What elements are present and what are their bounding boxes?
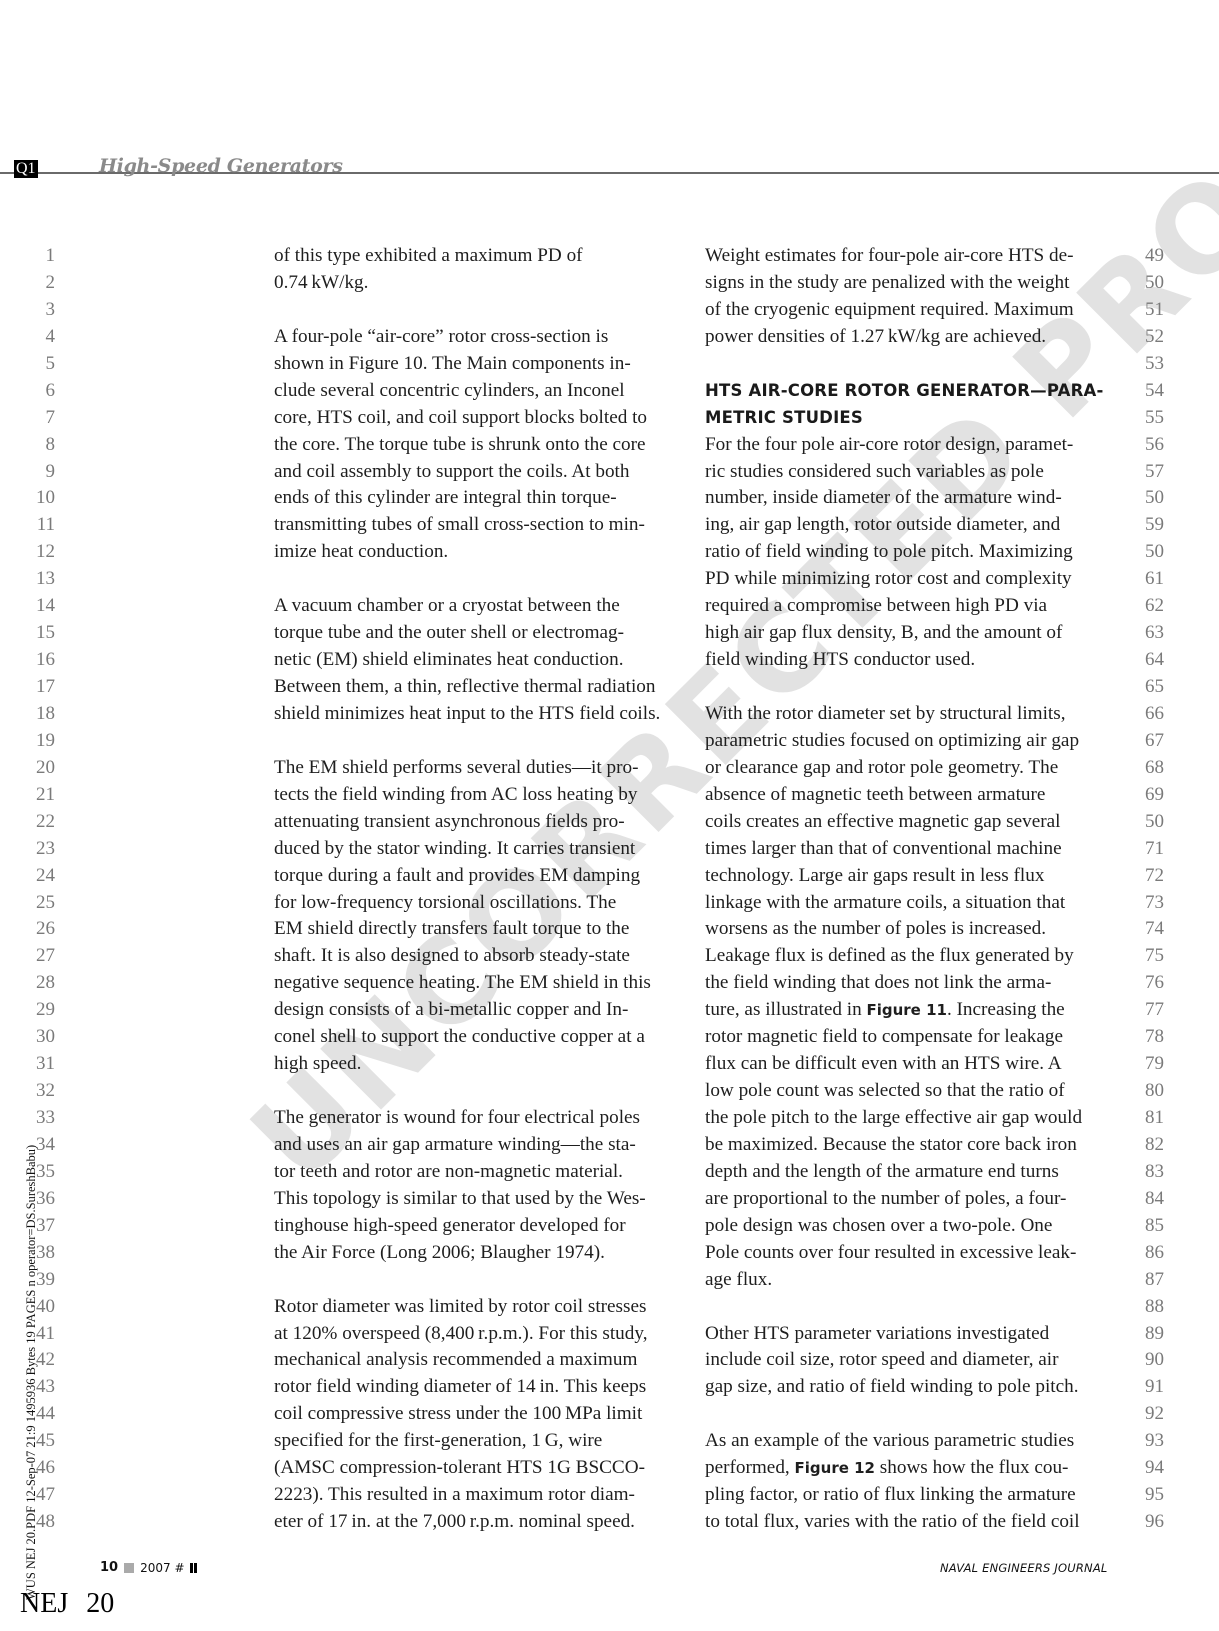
nej-mark: NEJ20: [20, 1588, 114, 1620]
text-line: The generator is wound for four electric…: [274, 1105, 679, 1132]
text-line: ric studies considered such variables as…: [705, 459, 1115, 486]
line-number: 11: [0, 512, 55, 539]
line-number: 95: [1145, 1482, 1185, 1509]
text-line: the field winding that does not link the…: [705, 970, 1115, 997]
line-number: 76: [1145, 970, 1185, 997]
section-heading: HTS AIR-CORE ROTOR GENERATOR—PARA-METRIC…: [705, 378, 1115, 432]
text-line: technology. Large air gaps result in les…: [705, 863, 1115, 890]
line-number: 18: [0, 701, 55, 728]
line-number: 20: [0, 755, 55, 782]
line-number: 50: [1145, 485, 1185, 512]
line-number: 77: [1145, 997, 1185, 1024]
paragraph-rotor-diameter-cont: rotor magnetic field to compensate for l…: [705, 1024, 1115, 1293]
paragraph-gap: [705, 1401, 1115, 1428]
running-head: High-Speed Generators: [99, 155, 343, 177]
text-line: For the four pole air-core rotor design,…: [705, 432, 1115, 459]
nej-label: NEJ: [20, 1588, 68, 1619]
text-line: for low-frequency torsional oscillations…: [274, 890, 679, 917]
text-line: ends of this cylinder are integral thin …: [274, 485, 679, 512]
text-line: Other HTS parameter variations investiga…: [705, 1321, 1115, 1348]
line-number: 50: [1145, 270, 1185, 297]
text-line: include coil size, rotor speed and diame…: [705, 1347, 1115, 1374]
line-number: 54: [1145, 378, 1185, 405]
text-line: negative sequence heating. The EM shield…: [274, 970, 679, 997]
line-number: 74: [1145, 916, 1185, 943]
right-column: Weight estimates for four-pole air-core …: [705, 243, 1115, 1536]
text-line: shaft. It is also designed to absorb ste…: [274, 943, 679, 970]
text-line: rotor magnetic field to compensate for l…: [705, 1024, 1115, 1051]
line-number: 49: [1145, 243, 1185, 270]
line-number: 16: [0, 647, 55, 674]
footer-year: 2007 #: [140, 1561, 184, 1575]
line-number: 57: [1145, 459, 1185, 486]
text-line: and coil assembly to support the coils. …: [274, 459, 679, 486]
text-line: conel shell to support the conductive co…: [274, 1024, 679, 1051]
text-line: worsens as the number of poles is increa…: [705, 916, 1115, 943]
line-number: 27: [0, 943, 55, 970]
text-line: clude several concentric cylinders, an I…: [274, 378, 679, 405]
line-number: 4: [0, 324, 55, 351]
text-line: pling factor, or ratio of flux linking t…: [705, 1482, 1115, 1509]
text-line: [274, 728, 679, 755]
text-line: With the rotor diameter set by structura…: [705, 701, 1115, 728]
text-line: low pole count was selected so that the …: [705, 1078, 1115, 1105]
line-number: 7: [0, 405, 55, 432]
heading-line: METRIC STUDIES: [705, 405, 1115, 432]
text-line: high speed.: [274, 1051, 679, 1078]
line-number: 84: [1145, 1186, 1185, 1213]
text-line: As an example of the various parametric …: [705, 1428, 1115, 1455]
line-number: 65: [1145, 674, 1185, 701]
line-number: 21: [0, 782, 55, 809]
text-line: Pole counts over four resulted in excess…: [705, 1240, 1115, 1267]
text-line: coils creates an effective magnetic gap …: [705, 809, 1115, 836]
footer-folio: 10 2007 #: [100, 1560, 197, 1575]
gray-square-icon: [124, 1563, 134, 1573]
text-line: A four-pole “air-core” rotor cross-secti…: [274, 324, 679, 351]
paragraph-example-cont: pling factor, or ratio of flux linking t…: [705, 1482, 1115, 1536]
text-line: required a compromise between high PD vi…: [705, 593, 1115, 620]
text-line: high air gap flux density, B, and the am…: [705, 620, 1115, 647]
left-column: of this type exhibited a maximum PD of0.…: [274, 243, 679, 1536]
text-line: coil compressive stress under the 100 MP…: [274, 1401, 679, 1428]
text-line: the Air Force (Long 2006; Blaugher 1974)…: [274, 1240, 679, 1267]
line-number: 52: [1145, 324, 1185, 351]
line-number: 24: [0, 863, 55, 890]
text-line: of this type exhibited a maximum PD of: [274, 243, 679, 270]
text-line: attenuating transient asynchronous field…: [274, 809, 679, 836]
line-number: 56: [1145, 432, 1185, 459]
text-line: Leakage flux is defined as the flux gene…: [705, 943, 1115, 970]
line-number: 73: [1145, 890, 1185, 917]
line-number: 31: [0, 1051, 55, 1078]
line-number: 9: [0, 459, 55, 486]
line-number: 28: [0, 970, 55, 997]
line-number: 63: [1145, 620, 1185, 647]
text-line: tects the field winding from AC loss hea…: [274, 782, 679, 809]
text-line: 2223). This resulted in a maximum rotor …: [274, 1482, 679, 1509]
text-line: netic (EM) shield eliminates heat conduc…: [274, 647, 679, 674]
text-line: shield minimizes heat input to the HTS f…: [274, 701, 679, 728]
paragraph-gap: [705, 1294, 1115, 1321]
line-number: 22: [0, 809, 55, 836]
line-number: 14: [0, 593, 55, 620]
line-number: 1: [0, 243, 55, 270]
text-line: ture, as illustrated in Figure 11. Incre…: [705, 997, 1115, 1024]
line-number: 23: [0, 836, 55, 863]
line-number: 50: [1145, 809, 1185, 836]
line-numbers-right: 4950515253545556575059506162636465666768…: [1145, 243, 1185, 1536]
text-line: are proportional to the number of poles,…: [705, 1186, 1115, 1213]
line-number: 71: [1145, 836, 1185, 863]
paragraph-other-variations: Other HTS parameter variations investiga…: [705, 1321, 1115, 1402]
text-line: design consists of a bi-metallic copper …: [274, 997, 679, 1024]
side-slug: WUS NEJ 20.PDF 12-Sep-07 21:9 1495936 By…: [24, 1145, 39, 1600]
text-line: torque tube and the outer shell or elect…: [274, 620, 679, 647]
line-number: 10: [0, 485, 55, 512]
text-line: imize heat conduction.: [274, 539, 679, 566]
heading-line: HTS AIR-CORE ROTOR GENERATOR—PARA-: [705, 378, 1115, 405]
line-number: 26: [0, 916, 55, 943]
text-line: tor teeth and rotor are non-magnetic mat…: [274, 1159, 679, 1186]
text-line: the pole pitch to the large effective ai…: [705, 1105, 1115, 1132]
line-number: 15: [0, 620, 55, 647]
line-number: 90: [1145, 1347, 1185, 1374]
text-line: linkage with the armature coils, a situa…: [705, 890, 1115, 917]
line-number: 80: [1145, 1078, 1185, 1105]
line-number: 32: [0, 1078, 55, 1105]
text-line: age flux.: [705, 1267, 1115, 1294]
text-line: flux can be difficult even with an HTS w…: [705, 1051, 1115, 1078]
figure-12-link[interactable]: Figure 12: [795, 1459, 875, 1477]
line-number: 17: [0, 674, 55, 701]
line-number: 30: [0, 1024, 55, 1051]
line-number: 62: [1145, 593, 1185, 620]
text-line: field winding HTS conductor used.: [705, 647, 1115, 674]
line-number: 59: [1145, 512, 1185, 539]
text-line: transmitting tubes of small cross-sectio…: [274, 512, 679, 539]
line-number: 8: [0, 432, 55, 459]
text-line: tinghouse high-speed generator developed…: [274, 1213, 679, 1240]
line-number: 67: [1145, 728, 1185, 755]
line-number: 94: [1145, 1455, 1185, 1482]
line-number: 33: [0, 1105, 55, 1132]
text-line: [274, 1267, 679, 1294]
text-line: at 120% overspeed (8,400 r.p.m.). For th…: [274, 1321, 679, 1348]
text-line: parametric studies focused on optimizing…: [705, 728, 1115, 755]
line-number: 93: [1145, 1428, 1185, 1455]
text-line: Between them, a thin, reflective thermal…: [274, 674, 679, 701]
nej-number: 20: [86, 1588, 114, 1619]
line-number: 83: [1145, 1159, 1185, 1186]
text-line: signs in the study are penalized with th…: [705, 270, 1115, 297]
text-line: be maximized. Because the stator core ba…: [705, 1132, 1115, 1159]
line-number: 13: [0, 566, 55, 593]
text-line: torque during a fault and provides EM da…: [274, 863, 679, 890]
line-number: 96: [1145, 1509, 1185, 1536]
line-number: 66: [1145, 701, 1185, 728]
text-line: specified for the first-generation, 1 G,…: [274, 1428, 679, 1455]
text-line: gap size, and ratio of field winding to …: [705, 1374, 1115, 1401]
line-number: 51: [1145, 297, 1185, 324]
paragraph-gap: [705, 351, 1115, 378]
line-number: 6: [0, 378, 55, 405]
line-number: 88: [1145, 1294, 1185, 1321]
text-line: absence of magnetic teeth between armatu…: [705, 782, 1115, 809]
text-line: [274, 1078, 679, 1105]
text-line: ing, air gap length, rotor outside diame…: [705, 512, 1115, 539]
line-number: 78: [1145, 1024, 1185, 1051]
text-line: [274, 297, 679, 324]
line-number: 5: [0, 351, 55, 378]
line-number: 61: [1145, 566, 1185, 593]
text-line: Rotor diameter was limited by rotor coil…: [274, 1294, 679, 1321]
line-number: 64: [1145, 647, 1185, 674]
query-badge: Q1: [14, 160, 38, 178]
text-line: PD while minimizing rotor cost and compl…: [705, 566, 1115, 593]
text-line: This topology is similar to that used by…: [274, 1186, 679, 1213]
line-number: 3: [0, 297, 55, 324]
text-line: Weight estimates for four-pole air-core …: [705, 243, 1115, 270]
figure-11-link[interactable]: Figure 11: [866, 1001, 946, 1019]
line-number: 81: [1145, 1105, 1185, 1132]
text-line: and uses an air gap armature winding—the…: [274, 1132, 679, 1159]
line-number: 53: [1145, 351, 1185, 378]
journal-name: NAVAL ENGINEERS JOURNAL: [940, 1561, 1108, 1575]
line-number: 25: [0, 890, 55, 917]
paragraph-gap: [705, 674, 1115, 701]
text-line: EM shield directly transfers fault torqu…: [274, 916, 679, 943]
text-line: performed, Figure 12 shows how the flux …: [705, 1455, 1115, 1482]
line-number: 89: [1145, 1321, 1185, 1348]
paragraph-weight-estimates: Weight estimates for four-pole air-core …: [705, 243, 1115, 351]
text-line: duced by the stator winding. It carries …: [274, 836, 679, 863]
line-number: 86: [1145, 1240, 1185, 1267]
line-number: 68: [1145, 755, 1185, 782]
line-number: 85: [1145, 1213, 1185, 1240]
text-line: core, HTS coil, and coil support blocks …: [274, 405, 679, 432]
line-number: 75: [1145, 943, 1185, 970]
line-number: 82: [1145, 1132, 1185, 1159]
paragraph-rotor-diameter: With the rotor diameter set by structura…: [705, 701, 1115, 997]
text-line: The EM shield performs several duties—it…: [274, 755, 679, 782]
text-line: rotor field winding diameter of 14 in. T…: [274, 1374, 679, 1401]
text-line: ratio of field winding to pole pitch. Ma…: [705, 539, 1115, 566]
line-number: 92: [1145, 1401, 1185, 1428]
issue-bars-icon: [190, 1563, 197, 1573]
text-line: [274, 566, 679, 593]
text-line: mechanical analysis recommended a maximu…: [274, 1347, 679, 1374]
text-line: 0.74 kW/kg.: [274, 270, 679, 297]
text-line: (AMSC compression-tolerant HTS 1G BSCCO-: [274, 1455, 679, 1482]
text-line: to total flux, varies with the ratio of …: [705, 1509, 1115, 1536]
line-number: 55: [1145, 405, 1185, 432]
paragraph-parametric-studies: For the four pole air-core rotor design,…: [705, 432, 1115, 674]
line-number: 72: [1145, 863, 1185, 890]
line-number: 91: [1145, 1374, 1185, 1401]
page-number: 10: [100, 1560, 118, 1575]
text-line: the core. The torque tube is shrunk onto…: [274, 432, 679, 459]
text-line: eter of 17 in. at the 7,000 r.p.m. nomin…: [274, 1509, 679, 1536]
text-line: shown in Figure 10. The Main components …: [274, 351, 679, 378]
text-line: times larger than that of conventional m…: [705, 836, 1115, 863]
text-line: depth and the length of the armature end…: [705, 1159, 1115, 1186]
line-number: 79: [1145, 1051, 1185, 1078]
text-line: or clearance gap and rotor pole geometry…: [705, 755, 1115, 782]
text-line: of the cryogenic equipment required. Max…: [705, 297, 1115, 324]
line-number: 2: [0, 270, 55, 297]
line-number: 69: [1145, 782, 1185, 809]
text-line: pole design was chosen over a two-pole. …: [705, 1213, 1115, 1240]
line-number: 19: [0, 728, 55, 755]
text-line: A vacuum chamber or a cryostat between t…: [274, 593, 679, 620]
line-number: 87: [1145, 1267, 1185, 1294]
line-number: 50: [1145, 539, 1185, 566]
line-number: 12: [0, 539, 55, 566]
text-line: power densities of 1.27 kW/kg are achiev…: [705, 324, 1115, 351]
line-number: 29: [0, 997, 55, 1024]
text-line: number, inside diameter of the armature …: [705, 485, 1115, 512]
